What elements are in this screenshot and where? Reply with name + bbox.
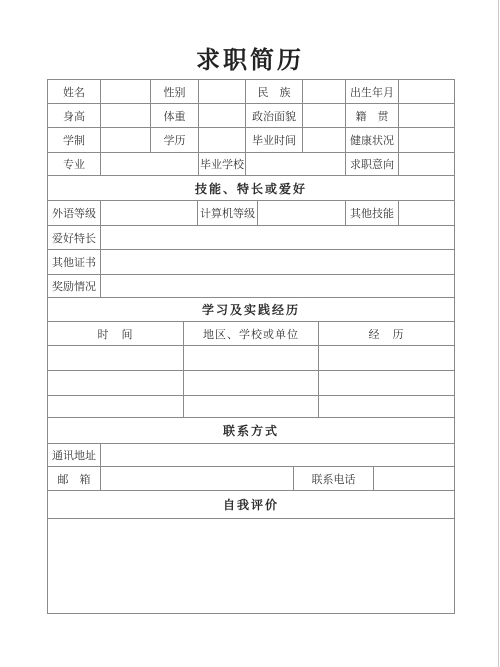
basic-info-row-2: 身高 体重 政治面貌 籍 贯	[48, 104, 455, 128]
schooling-label: 学制	[48, 128, 101, 153]
page-edge-line	[498, 0, 499, 667]
hobbies-label: 爱好特长	[48, 226, 101, 250]
political-status-value-cell	[303, 104, 346, 128]
certificates-value-cell	[101, 250, 455, 275]
certificates-row: 其他证书	[48, 250, 455, 275]
basic-info-row-4: 专业 毕业学校 求职意向	[48, 153, 455, 176]
birth-date-label: 出生年月	[346, 80, 399, 104]
self-evaluation-section-row: 自我评价	[48, 491, 455, 519]
major-value-cell	[101, 153, 199, 176]
hobbies-value-cell	[101, 226, 455, 250]
phone-value-cell	[374, 467, 455, 491]
foreign-language-label: 外语等级	[48, 201, 101, 226]
place-column-header: 地区、学校或单位	[184, 322, 319, 346]
awards-label: 奖励情况	[48, 275, 101, 298]
graduate-school-value-cell	[246, 153, 346, 176]
health-status-label: 健康状况	[346, 128, 399, 153]
address-row: 通讯地址	[48, 444, 455, 467]
experience-place-cell	[184, 396, 319, 418]
foreign-language-value-cell	[101, 201, 198, 226]
email-value-cell	[101, 467, 294, 491]
experience-time-cell	[48, 346, 184, 371]
awards-row: 奖励情况	[48, 275, 455, 298]
address-value-cell	[101, 444, 455, 467]
basic-info-row-3: 学制 学历 毕业时间 健康状况	[48, 128, 455, 153]
awards-value-cell	[101, 275, 455, 298]
other-skills-label: 其他技能	[346, 201, 399, 226]
experience-place-cell	[184, 346, 319, 371]
experience-column-header: 经 历	[319, 322, 455, 346]
experience-detail-cell	[319, 346, 455, 371]
page-title: 求职简历	[0, 40, 500, 75]
certificates-label: 其他证书	[48, 250, 101, 275]
resume-form-table: 姓名 性别 民 族 出生年月 身高 体重 政治面貌 籍 贯 学制 学历 毕业	[47, 79, 455, 614]
address-label: 通讯地址	[48, 444, 101, 467]
contact-section-header: 联系方式	[48, 418, 455, 444]
graduation-time-value-cell	[303, 128, 346, 153]
ethnicity-value-cell	[303, 80, 346, 104]
experience-time-cell	[48, 371, 184, 396]
gender-label: 性别	[151, 80, 199, 104]
hobbies-row: 爱好特长	[48, 226, 455, 250]
graduate-school-label: 毕业学校	[199, 153, 246, 176]
weight-value-cell	[199, 104, 246, 128]
name-label: 姓名	[48, 80, 101, 104]
self-evaluation-value-cell	[48, 519, 455, 614]
resume-document-page: 求职简历 姓名 性别 民 族 出生年月 身高 体重 政治面貌 籍 贯 学制	[0, 0, 500, 667]
skills-section-header: 技能、特长或爱好	[48, 176, 455, 201]
weight-label: 体重	[151, 104, 199, 128]
height-value-cell	[101, 104, 151, 128]
self-evaluation-row	[48, 519, 455, 614]
experience-section-row: 学习及实践经历	[48, 298, 455, 322]
experience-detail-cell	[319, 396, 455, 418]
schooling-value-cell	[101, 128, 151, 153]
skills-levels-row: 外语等级 计算机等级 其他技能	[48, 201, 455, 226]
native-place-label: 籍 贯	[346, 104, 399, 128]
other-skills-value-cell	[399, 201, 455, 226]
skills-section-row: 技能、特长或爱好	[48, 176, 455, 201]
gender-value-cell	[199, 80, 246, 104]
experience-time-cell	[48, 396, 184, 418]
ethnicity-label: 民 族	[246, 80, 303, 104]
job-intention-label: 求职意向	[346, 153, 399, 176]
job-intention-value-cell	[399, 153, 455, 176]
contact-section-row: 联系方式	[48, 418, 455, 444]
education-value-cell	[199, 128, 246, 153]
phone-label: 联系电话	[294, 467, 374, 491]
email-phone-row: 邮 箱 联系电话	[48, 467, 455, 491]
experience-row-3	[48, 396, 455, 418]
basic-info-row-1: 姓名 性别 民 族 出生年月	[48, 80, 455, 104]
experience-header-row: 时 间 地区、学校或单位 经 历	[48, 322, 455, 346]
height-label: 身高	[48, 104, 101, 128]
health-status-value-cell	[399, 128, 455, 153]
experience-row-1	[48, 346, 455, 371]
experience-row-2	[48, 371, 455, 396]
native-place-value-cell	[399, 104, 455, 128]
experience-detail-cell	[319, 371, 455, 396]
education-label: 学历	[151, 128, 199, 153]
experience-place-cell	[184, 371, 319, 396]
time-column-header: 时 间	[48, 322, 184, 346]
computer-level-value-cell	[258, 201, 346, 226]
major-label: 专业	[48, 153, 101, 176]
email-label: 邮 箱	[48, 467, 101, 491]
graduation-time-label: 毕业时间	[246, 128, 303, 153]
political-status-label: 政治面貌	[246, 104, 303, 128]
self-evaluation-section-header: 自我评价	[48, 491, 455, 519]
birth-date-value-cell	[399, 80, 455, 104]
name-value-cell	[101, 80, 151, 104]
computer-level-label: 计算机等级	[198, 201, 258, 226]
experience-section-header: 学习及实践经历	[48, 298, 455, 322]
